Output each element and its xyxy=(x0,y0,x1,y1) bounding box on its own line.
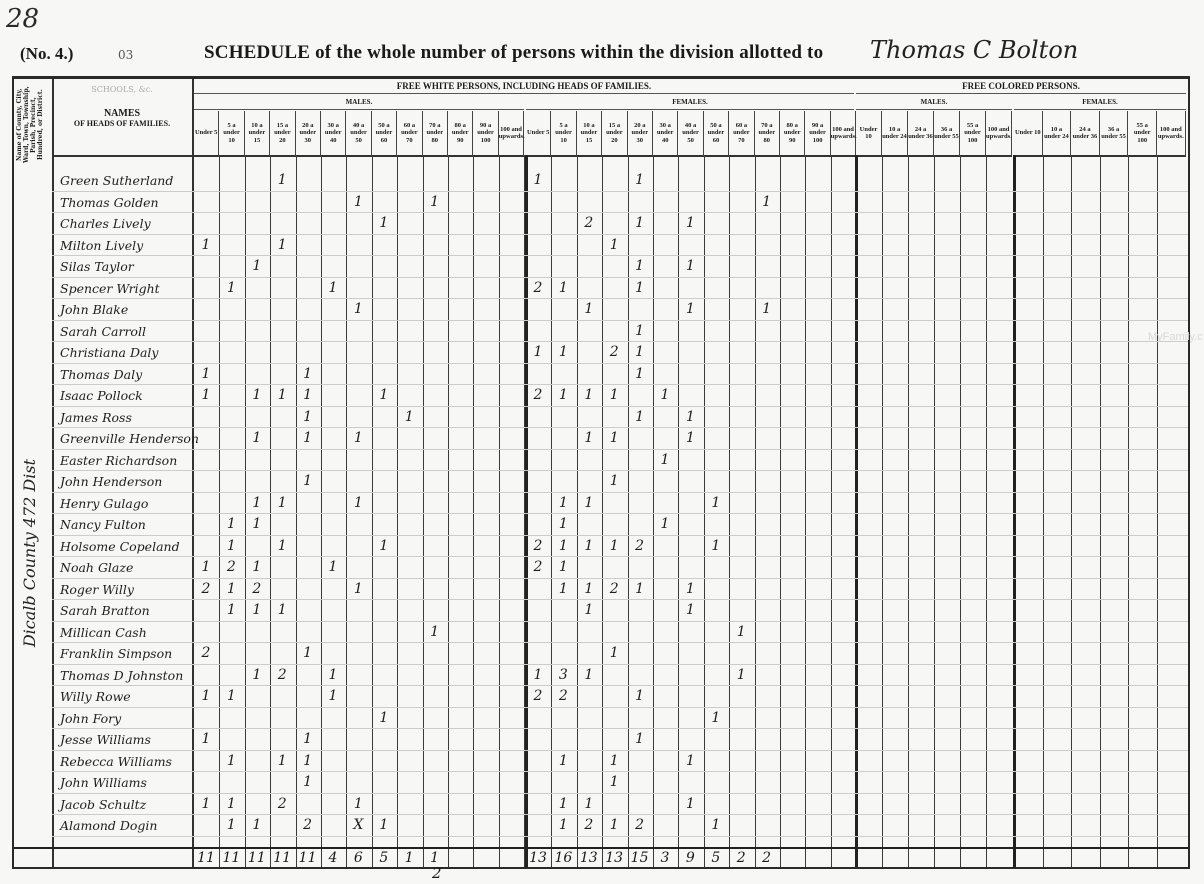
colored-male-age-header: 100 and upwards. xyxy=(986,111,1012,157)
white-female-age-header: 40 a under 50 xyxy=(678,111,703,157)
names-subtitle: OF HEADS OF FAMILIES. xyxy=(52,119,192,128)
white-male-tally: 2 xyxy=(270,667,294,683)
white-female-tally: 1 xyxy=(628,280,652,296)
column-divider xyxy=(1128,155,1129,867)
white-male-tally: 1 xyxy=(372,817,396,833)
white-male-tally: 1 xyxy=(219,602,243,618)
white-male-age-header: 70 a under 80 xyxy=(423,111,448,157)
white-male-tally: 1 xyxy=(270,237,294,253)
white-male-tally: 1 xyxy=(194,387,218,403)
white-females-header: FEMALES. xyxy=(526,95,854,110)
white-female-total: 2 xyxy=(729,850,753,866)
head-of-family-name: Jacob Schultz xyxy=(60,797,146,812)
row-rule xyxy=(52,728,1188,729)
county-note: Dicalb County 472 Dist xyxy=(20,459,39,647)
row-rule xyxy=(52,836,1188,837)
white-female-tally: 1 xyxy=(628,258,652,274)
white-female-tally: 2 xyxy=(526,387,550,403)
head-of-family-name: Millican Cash xyxy=(60,625,147,640)
column-divider xyxy=(346,155,347,867)
white-female-tally: 1 xyxy=(526,172,550,188)
white-female-tally: 1 xyxy=(551,753,575,769)
column-divider xyxy=(423,155,424,867)
white-female-tally: 1 xyxy=(628,323,652,339)
white-female-tally: 1 xyxy=(678,258,702,274)
column-divider xyxy=(780,155,781,867)
white-male-tally: 1 xyxy=(245,602,269,618)
row-rule xyxy=(52,191,1188,192)
row-rule xyxy=(52,535,1188,536)
white-male-tally: 1 xyxy=(372,387,396,403)
white-male-tally: 1 xyxy=(219,280,243,296)
white-female-tally: 1 xyxy=(678,796,702,812)
row-rule xyxy=(52,599,1188,600)
white-female-tally: 1 xyxy=(628,688,652,704)
row-rule xyxy=(52,771,1188,772)
white-female-tally: 1 xyxy=(729,667,753,683)
white-female-age-header: 60 a under 70 xyxy=(729,111,754,157)
white-male-tally: 2 xyxy=(219,559,243,575)
white-female-tally: 1 xyxy=(653,516,677,532)
head-of-family-name: Charles Lively xyxy=(60,216,151,231)
head-of-family-name: Green Sutherland xyxy=(60,173,173,188)
white-male-tally: 1 xyxy=(194,366,218,382)
white-female-tally: 1 xyxy=(628,215,652,231)
white-male-total: 4 xyxy=(321,850,345,866)
column-divider xyxy=(499,155,500,867)
white-female-tally: 2 xyxy=(526,559,550,575)
head-of-family-name: Rebecca Williams xyxy=(60,754,172,769)
white-female-tally: 1 xyxy=(551,796,575,812)
white-male-tally: 1 xyxy=(321,688,345,704)
white-female-tally: 1 xyxy=(628,581,652,597)
white-female-tally: 1 xyxy=(577,430,601,446)
white-female-tally: 2 xyxy=(602,581,626,597)
white-female-tally: 1 xyxy=(577,667,601,683)
white-female-tally: 1 xyxy=(551,495,575,511)
white-male-tally: 1 xyxy=(296,430,320,446)
white-female-total: 13 xyxy=(526,850,550,866)
white-male-tally: 1 xyxy=(270,538,294,554)
column-divider xyxy=(473,155,474,867)
column-divider xyxy=(397,155,398,867)
white-male-tally: 1 xyxy=(346,796,370,812)
white-female-tally: 1 xyxy=(602,237,626,253)
white-female-age-header: 90 a under 100 xyxy=(805,111,830,157)
colored-male-age-header: 55 a under 100 xyxy=(960,111,986,157)
white-female-tally: 1 xyxy=(551,817,575,833)
head-of-family-name: John Williams xyxy=(60,775,147,790)
white-female-tally: 1 xyxy=(577,602,601,618)
white-female-tally: 1 xyxy=(551,538,575,554)
white-male-tally: 1 xyxy=(245,387,269,403)
white-male-total: 6 xyxy=(346,850,370,866)
white-female-tally: 1 xyxy=(628,409,652,425)
white-male-tally: 1 xyxy=(245,258,269,274)
white-female-total: 15 xyxy=(628,850,652,866)
white-male-tally: 1 xyxy=(194,688,218,704)
white-male-age-header: 90 a under 100 xyxy=(473,111,498,157)
row-rule xyxy=(52,707,1188,708)
white-male-tally: 1 xyxy=(296,409,320,425)
white-female-age-header: 70 a under 80 xyxy=(755,111,780,157)
white-female-tally: 1 xyxy=(526,667,550,683)
head-of-family-name: Holsome Copeland xyxy=(60,539,180,554)
column-divider xyxy=(704,155,705,867)
names-header: SCHOOLS, &c. NAMES OF HEADS OF FAMILIES. xyxy=(52,79,192,157)
white-female-age-header: 5 a under 10 xyxy=(551,111,576,157)
colored-female-age-header: Under 10 xyxy=(1014,111,1043,157)
row-rule xyxy=(52,449,1188,450)
white-female-age-header: 30 a under 40 xyxy=(653,111,678,157)
row-rule xyxy=(52,298,1188,299)
white-male-tally: 1 xyxy=(245,667,269,683)
white-male-tally: 1 xyxy=(321,667,345,683)
row-rule xyxy=(52,578,1188,579)
column-divider xyxy=(577,155,578,867)
white-female-tally: 1 xyxy=(551,280,575,296)
head-of-family-name: Franklin Simpson xyxy=(60,646,172,661)
head-of-family-name: John Henderson xyxy=(60,474,162,489)
white-male-age-header: 15 a under 20 xyxy=(270,111,295,157)
row-rule xyxy=(52,341,1188,342)
white-female-age-header: 20 a under 30 xyxy=(628,111,653,157)
white-female-tally: 1 xyxy=(704,817,728,833)
white-males-header: MALES. xyxy=(194,95,524,110)
head-of-family-name: Alamond Dogin xyxy=(60,818,157,833)
white-female-tally: 2 xyxy=(628,538,652,554)
white-male-tally: 1 xyxy=(194,237,218,253)
white-female-tally: 1 xyxy=(577,581,601,597)
column-divider xyxy=(934,155,935,867)
watermark: MyFamily.c xyxy=(1148,331,1203,343)
column-divider xyxy=(1043,155,1044,867)
row-rule xyxy=(52,664,1188,665)
white-male-tally: 1 xyxy=(296,774,320,790)
colored-male-age-header: 24 a under 36 xyxy=(908,111,934,157)
white-male-total: 1 xyxy=(397,850,421,866)
head-of-family-name: James Ross xyxy=(60,410,132,425)
column-divider xyxy=(755,155,756,867)
white-male-tally: 1 xyxy=(372,538,396,554)
column-divider xyxy=(1071,155,1072,867)
white-male-tally: 1 xyxy=(321,280,345,296)
head-of-family-name: Christiana Daly xyxy=(60,345,159,360)
head-of-family-name: John Fory xyxy=(60,711,121,726)
white-male-age-header: 20 a under 30 xyxy=(296,111,321,157)
head-of-family-name: Sarah Bratton xyxy=(60,603,150,618)
white-female-total: 5 xyxy=(704,850,728,866)
white-male-tally: 1 xyxy=(270,495,294,511)
white-male-tally: 1 xyxy=(219,796,243,812)
column-divider xyxy=(805,155,806,867)
white-male-tally: 1 xyxy=(372,215,396,231)
head-of-family-name: Roger Willy xyxy=(60,582,134,597)
white-male-tally: 1 xyxy=(245,430,269,446)
white-female-tally: 1 xyxy=(755,301,779,317)
column-divider xyxy=(372,155,373,867)
white-female-tally: 1 xyxy=(678,215,702,231)
head-of-family-name: Willy Rowe xyxy=(60,689,131,704)
white-male-age-header: Under 5 xyxy=(194,111,219,157)
column-divider xyxy=(986,155,987,867)
white-female-age-header: 100 and upwards. xyxy=(831,111,856,157)
white-male-tally: 1 xyxy=(219,516,243,532)
head-of-family-name: Jesse Williams xyxy=(60,732,151,747)
white-female-tally: 1 xyxy=(602,645,626,661)
white-male-tally: 1 xyxy=(296,753,320,769)
row-rule xyxy=(52,685,1188,686)
names-faint-label: SCHOOLS, &c. xyxy=(52,85,192,94)
row-rule xyxy=(52,814,1188,815)
white-female-age-header: 10 a under 15 xyxy=(577,111,602,157)
white-male-tally: 1 xyxy=(194,796,218,812)
colored-female-age-header: 36 a under 55 xyxy=(1100,111,1129,157)
white-male-tally: 1 xyxy=(397,409,421,425)
column-divider xyxy=(653,155,654,867)
white-male-tally: 1 xyxy=(321,559,345,575)
column-divider xyxy=(321,155,322,867)
row-rule xyxy=(52,212,1188,213)
row-rule xyxy=(52,363,1188,364)
white-male-tally: 2 xyxy=(296,817,320,833)
county-column: Name of County, City, Ward, Town, Townsh… xyxy=(14,79,54,867)
white-male-tally: 1 xyxy=(270,172,294,188)
white-male-tally: 1 xyxy=(296,366,320,382)
under-total-note: 2 xyxy=(432,864,442,882)
colored-female-age-header: 24 a under 36 xyxy=(1071,111,1100,157)
white-male-tally: 1 xyxy=(346,194,370,210)
white-female-tally: 2 xyxy=(551,688,575,704)
column-divider xyxy=(908,155,909,867)
white-female-age-header: 15 a under 20 xyxy=(602,111,627,157)
column-divider xyxy=(1013,155,1016,867)
white-female-tally: 1 xyxy=(602,473,626,489)
white-female-tally: 1 xyxy=(551,581,575,597)
white-male-total: 11 xyxy=(194,850,218,866)
column-divider xyxy=(831,155,832,867)
row-rule xyxy=(52,406,1188,407)
white-male-age-header: 100 and upwards. xyxy=(499,111,524,157)
white-male-tally: 1 xyxy=(245,516,269,532)
white-female-tally: 1 xyxy=(602,817,626,833)
white-female-tally: 3 xyxy=(551,667,575,683)
white-female-tally: 1 xyxy=(577,301,601,317)
white-male-tally: 1 xyxy=(296,731,320,747)
white-male-tally: 1 xyxy=(270,753,294,769)
white-female-tally: 1 xyxy=(551,559,575,575)
white-male-age-header: 30 a under 40 xyxy=(321,111,346,157)
white-female-tally: 1 xyxy=(704,710,728,726)
white-male-total: 11 xyxy=(270,850,294,866)
white-female-tally: 2 xyxy=(602,344,626,360)
row-rule xyxy=(52,470,1188,471)
white-female-tally: 1 xyxy=(653,452,677,468)
white-male-age-header: 80 a under 90 xyxy=(448,111,473,157)
white-female-tally: 1 xyxy=(678,602,702,618)
white-female-tally: 1 xyxy=(628,344,652,360)
white-female-total: 9 xyxy=(678,850,702,866)
white-female-tally: 1 xyxy=(704,495,728,511)
white-female-tally: 1 xyxy=(577,387,601,403)
white-female-tally: 1 xyxy=(678,430,702,446)
white-male-tally: 1 xyxy=(346,301,370,317)
white-female-tally: 1 xyxy=(678,581,702,597)
white-male-total: 11 xyxy=(245,850,269,866)
column-divider xyxy=(729,155,730,867)
enumerator-signature: Thomas C Bolton xyxy=(870,36,1078,64)
white-female-tally: 2 xyxy=(526,538,550,554)
white-male-tally: 1 xyxy=(245,495,269,511)
head-of-family-name: Spencer Wright xyxy=(60,281,160,296)
white-female-total: 2 xyxy=(755,850,779,866)
white-female-age-header: 50 a under 60 xyxy=(704,111,729,157)
white-male-tally: X xyxy=(346,817,370,833)
white-female-total: 13 xyxy=(577,850,601,866)
white-male-tally: 2 xyxy=(245,581,269,597)
white-female-total: 16 xyxy=(551,850,575,866)
colored-male-age-header: 36 a under 55 xyxy=(934,111,960,157)
white-male-tally: 1 xyxy=(194,731,218,747)
white-male-age-header: 50 a under 60 xyxy=(372,111,397,157)
white-female-tally: 1 xyxy=(602,774,626,790)
white-male-tally: 1 xyxy=(423,194,447,210)
row-rule xyxy=(52,750,1188,751)
white-female-tally: 1 xyxy=(602,430,626,446)
white-male-tally: 1 xyxy=(219,817,243,833)
white-female-tally: 1 xyxy=(628,366,652,382)
white-female-tally: 2 xyxy=(628,817,652,833)
head-of-family-name: Nancy Fulton xyxy=(60,517,146,532)
white-female-tally: 1 xyxy=(577,538,601,554)
white-male-tally: 1 xyxy=(346,495,370,511)
colored-female-age-header: 10 a under 24 xyxy=(1043,111,1072,157)
row-rule xyxy=(52,793,1188,794)
row-rule xyxy=(52,492,1188,493)
white-female-total: 13 xyxy=(602,850,626,866)
white-male-tally: 1 xyxy=(245,817,269,833)
white-female-tally: 1 xyxy=(678,753,702,769)
white-male-age-header: 40 a under 50 xyxy=(346,111,371,157)
head-of-family-name: Noah Glaze xyxy=(60,560,133,575)
white-female-tally: 2 xyxy=(577,817,601,833)
white-female-tally: 1 xyxy=(729,624,753,640)
white-male-total: 11 xyxy=(219,850,243,866)
title-row: (No. 4.) 03 SCHEDULE of the whole number… xyxy=(18,44,1198,70)
white-female-tally: 2 xyxy=(526,280,550,296)
head-of-family-name: Sarah Carroll xyxy=(60,324,146,339)
row-rule xyxy=(52,255,1188,256)
head-of-family-name: Thomas Golden xyxy=(60,195,159,210)
column-divider xyxy=(1100,155,1101,867)
row-rule xyxy=(52,513,1188,514)
row-rule xyxy=(52,427,1188,428)
white-persons-header: FREE WHITE PERSONS, INCLUDING HEADS OF F… xyxy=(194,79,854,94)
column-divider xyxy=(1157,155,1158,867)
colored-males-header: MALES. xyxy=(856,95,1012,110)
white-male-tally: 1 xyxy=(219,688,243,704)
colored-male-age-header: Under 10 xyxy=(856,111,882,157)
column-divider xyxy=(525,155,528,867)
white-male-tally: 1 xyxy=(346,430,370,446)
white-female-age-header: 80 a under 90 xyxy=(780,111,805,157)
white-male-tally: 2 xyxy=(194,645,218,661)
white-male-age-header: 10 a under 15 xyxy=(245,111,270,157)
white-male-tally: 1 xyxy=(372,710,396,726)
colored-females-header: FEMALES. xyxy=(1014,95,1186,110)
row-rule xyxy=(52,556,1188,557)
white-male-age-header: 5 a under 10 xyxy=(219,111,244,157)
colored-female-age-header: 55 a under 100 xyxy=(1128,111,1157,157)
white-male-tally: 1 xyxy=(194,559,218,575)
column-divider xyxy=(960,155,961,867)
white-female-tally: 1 xyxy=(602,753,626,769)
row-rule xyxy=(52,320,1188,321)
row-rule xyxy=(52,277,1188,278)
small-code: 03 xyxy=(118,48,133,62)
white-female-tally: 1 xyxy=(755,194,779,210)
white-female-tally: 1 xyxy=(526,344,550,360)
white-female-tally: 2 xyxy=(577,215,601,231)
white-male-tally: 1 xyxy=(270,602,294,618)
white-male-tally: 2 xyxy=(194,581,218,597)
white-male-tally: 1 xyxy=(296,387,320,403)
white-male-tally: 1 xyxy=(219,581,243,597)
white-female-tally: 1 xyxy=(577,796,601,812)
white-male-total: 11 xyxy=(296,850,320,866)
white-female-tally: 2 xyxy=(526,688,550,704)
head-of-family-name: Silas Taylor xyxy=(60,259,134,274)
white-male-total: 5 xyxy=(372,850,396,866)
white-female-tally: 1 xyxy=(678,301,702,317)
white-male-tally: 1 xyxy=(296,645,320,661)
row-rule xyxy=(52,621,1188,622)
head-of-family-name: Milton Lively xyxy=(60,238,143,253)
white-female-tally: 1 xyxy=(602,538,626,554)
white-female-tally: 1 xyxy=(704,538,728,554)
head-of-family-name: Thomas Daly xyxy=(60,367,142,382)
white-female-age-header: Under 5 xyxy=(526,111,551,157)
schedule-title: SCHEDULE of the whole number of persons … xyxy=(204,42,823,64)
colored-male-age-header: 10 a under 24 xyxy=(882,111,908,157)
colored-persons-header: FREE COLORED PERSONS. xyxy=(856,79,1186,94)
white-male-tally: 1 xyxy=(245,559,269,575)
white-female-total: 3 xyxy=(653,850,677,866)
white-male-tally: 1 xyxy=(346,581,370,597)
head-of-family-name: John Blake xyxy=(60,302,128,317)
white-female-tally: 1 xyxy=(551,516,575,532)
white-female-tally: 1 xyxy=(602,387,626,403)
head-of-family-name: Easter Richardson xyxy=(60,453,177,468)
white-female-tally: 1 xyxy=(628,172,652,188)
column-divider xyxy=(882,155,883,867)
white-male-tally: 2 xyxy=(270,796,294,812)
white-female-tally: 1 xyxy=(551,387,575,403)
white-female-tally: 1 xyxy=(577,495,601,511)
schedule-number: (No. 4.) xyxy=(20,44,73,64)
county-column-header: Name of County, City, Ward, Town, Townsh… xyxy=(16,85,50,165)
colored-female-age-header: 100 and upwards. xyxy=(1157,111,1186,157)
row-rule xyxy=(52,384,1188,385)
white-male-age-header: 60 a under 70 xyxy=(397,111,422,157)
white-male-tally: 1 xyxy=(219,753,243,769)
white-female-tally: 1 xyxy=(628,731,652,747)
column-divider xyxy=(855,155,858,867)
white-female-tally: 1 xyxy=(678,409,702,425)
white-male-tally: 1 xyxy=(296,473,320,489)
head-of-family-name: Isaac Pollock xyxy=(60,388,143,403)
white-male-tally: 1 xyxy=(219,538,243,554)
